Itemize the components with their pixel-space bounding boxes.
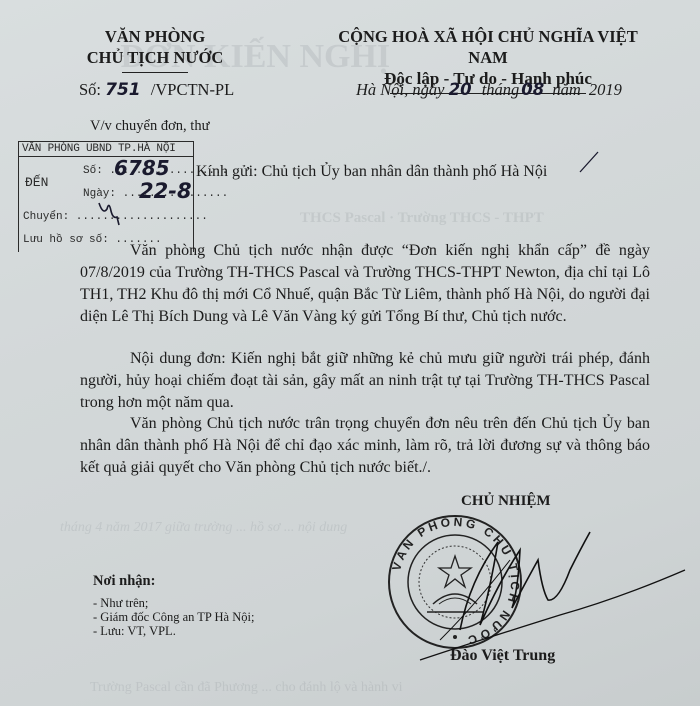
bleed-through-text: tháng 4 năm 2017 giữa trường ... hồ sơ .… <box>60 520 347 536</box>
subject-line: V/v chuyển đơn, thư <box>90 118 209 135</box>
body-paragraph-3: Văn phòng Chủ tịch nước trân trọng chuyể… <box>80 413 650 479</box>
national-title: CỘNG HOÀ XÃ HỘI CHỦ NGHĨA VIỆT NAM <box>318 26 658 68</box>
received-stamp: VĂN PHÒNG UBND TP.HÀ NỘI ĐẾN Số: .......… <box>18 141 194 252</box>
reference-suffix: /VPCTN-PL <box>151 80 234 99</box>
issuer-line-1: VĂN PHÒNG <box>70 26 240 47</box>
date-day-handwritten: 20 <box>449 80 472 99</box>
body-paragraph-1: Văn phòng Chủ tịch nước nhận được “Đơn k… <box>80 240 650 328</box>
reference-number: Số: 751 /VPCTN-PL <box>79 80 234 100</box>
bleed-through-text: Trường Pascal cần đã Phương ... cho đánh… <box>90 680 403 696</box>
recipient-item: - Như trên; <box>93 596 254 610</box>
stamp-title: VĂN PHÒNG UBND TP.HÀ NỘI <box>19 142 193 157</box>
date-month-handwritten: 08 <box>521 80 544 99</box>
addressee: Kính gửi: Chủ tịch Ủy ban nhân dân thành… <box>196 163 547 181</box>
date-month-label: tháng <box>482 80 520 99</box>
stamp-ngay-value: 22-8 <box>139 179 192 203</box>
date-prefix: Hà Nội, ngày <box>356 80 444 99</box>
date-year: 2019 <box>589 80 622 99</box>
signer-name: Đào Việt Trung <box>450 647 555 665</box>
date-year-label: năm <box>552 80 580 99</box>
recipients-list: - Như trên; - Giám đốc Công an TP Hà Nội… <box>93 596 254 638</box>
issuer-header: VĂN PHÒNG CHỦ TỊCH NƯỚC <box>70 26 240 73</box>
issuer-underline <box>122 72 188 73</box>
reference-number-handwritten: 751 <box>105 80 141 100</box>
recipient-item: - Lưu: VT, VPL. <box>93 624 254 638</box>
reference-prefix: Số: <box>79 80 101 99</box>
issuer-line-2: CHỦ TỊCH NƯỚC <box>70 47 240 68</box>
bleed-through-text: THCS Pascal · Trường THCS - THPT <box>300 210 544 227</box>
stamp-den-label: ĐẾN <box>25 175 48 190</box>
stamp-so-value: 6785 <box>114 156 170 180</box>
recipient-item: - Giám đốc Công an TP Hà Nội; <box>93 610 254 624</box>
body-paragraph-2: Nội dung đơn: Kiến nghị bắt giữ những kẻ… <box>80 348 650 414</box>
recipients-title: Nơi nhận: <box>93 573 155 590</box>
check-mark-icon <box>580 150 600 180</box>
signer-title: CHỦ NHIỆM <box>461 493 551 510</box>
stamp-scribble-icon <box>97 197 127 227</box>
date-line: Hà Nội, ngày 20 tháng08 năm 2019 <box>356 80 622 100</box>
